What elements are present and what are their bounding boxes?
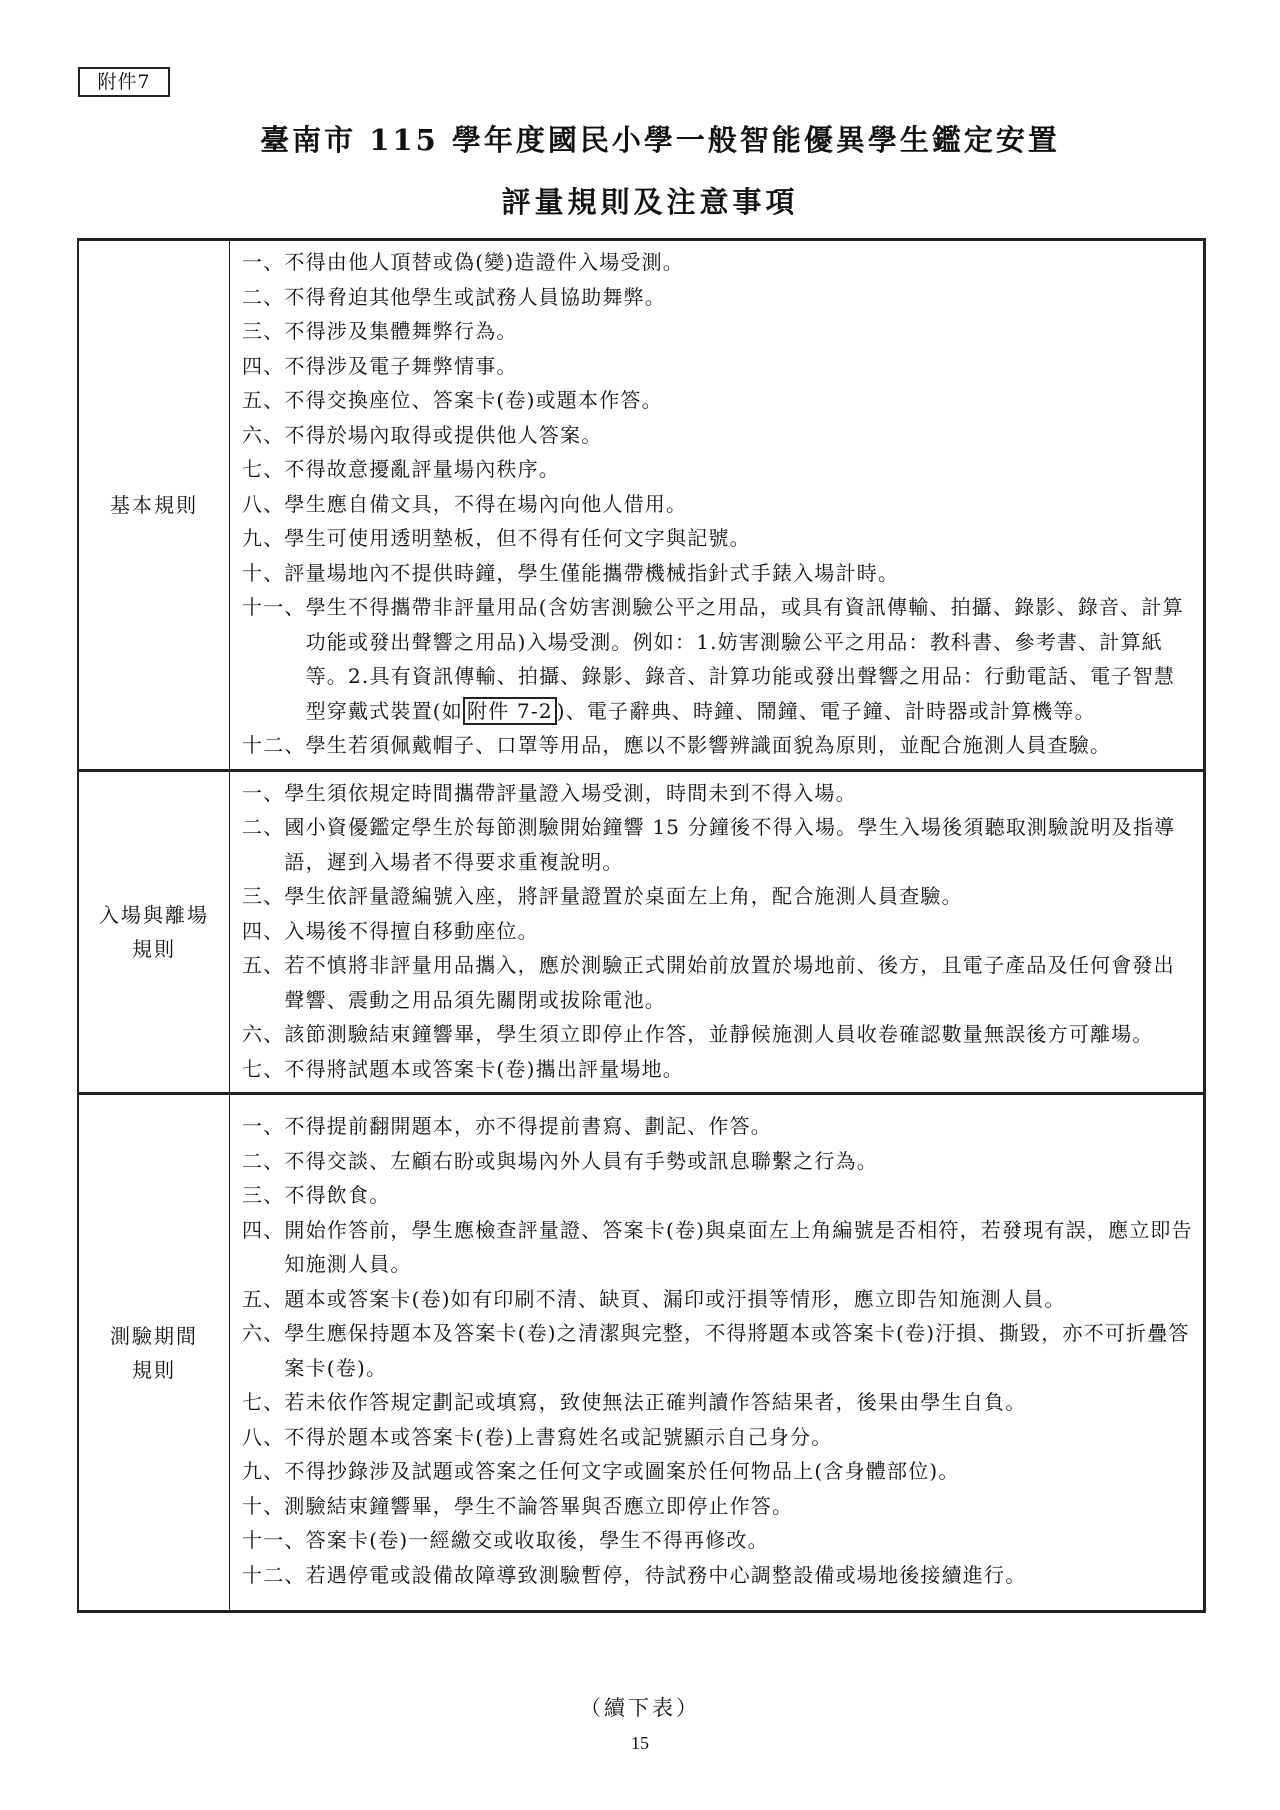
category-cell: 基本規則: [78, 240, 230, 771]
rule-item: 十一、答案卡(卷)一經繳交或收取後，學生不得再修改。: [242, 1523, 1195, 1558]
rule-item: 一、不得提前翻開題本，亦不得提前書寫、劃記、作答。: [242, 1109, 1195, 1144]
continue-note: （續下表）: [0, 1692, 1280, 1722]
rule-item: 一、不得由他人頂替或偽(變)造證件入場受測。: [242, 245, 1195, 280]
rule-item: 十、測驗結束鐘響畢，學生不論答畢與否應立即停止作答。: [242, 1489, 1195, 1524]
rule-item: 二、不得脅迫其他學生或試務人員協助舞弊。: [242, 280, 1195, 315]
rule-item: 二、不得交談、左顧右盼或與場內外人員有手勢或訊息聯繫之行為。: [242, 1144, 1195, 1179]
page-number: 15: [0, 1733, 1280, 1754]
section-basic-rules: 基本規則 一、不得由他人頂替或偽(變)造證件入場受測。 二、不得脅迫其他學生或試…: [78, 240, 1205, 771]
rule-item: 九、學生可使用透明墊板，但不得有任何文字與記號。: [242, 521, 1195, 556]
document-title: 臺南市 115 學年度國民小學一般智能優異學生鑑定安置: [0, 118, 1280, 159]
rules-list: 一、不得由他人頂替或偽(變)造證件入場受測。 二、不得脅迫其他學生或試務人員協助…: [230, 240, 1205, 771]
rule-item: 八、不得於題本或答案卡(卷)上書寫姓名或記號顯示自己身分。: [242, 1420, 1195, 1455]
rule-item: 十二、若遇停電或設備故障導致測驗暫停，待試務中心調整設備或場地後接續進行。: [242, 1558, 1195, 1593]
rule-item: 五、題本或答案卡(卷)如有印刷不清、缺頁、漏印或汙損等情形，應立即告知施測人員。: [242, 1282, 1195, 1317]
category-label-line: 測驗期間: [79, 1319, 229, 1353]
rule-item: 三、學生依評量證編號入座，將評量證置於桌面左上角，配合施測人員查驗。: [242, 879, 1195, 914]
category-label-line: 規則: [79, 1353, 229, 1387]
rule-item: 五、不得交換座位、答案卡(卷)或題本作答。: [242, 383, 1195, 418]
rules-list: 一、不得提前翻開題本，亦不得提前書寫、劃記、作答。 二、不得交談、左顧右盼或與場…: [230, 1094, 1205, 1612]
rule-item: 三、不得飲食。: [242, 1178, 1195, 1213]
rule-item: 七、不得故意擾亂評量場內秩序。: [242, 452, 1195, 487]
category-label-line: 規則: [79, 932, 229, 966]
category-label: 基本規則: [110, 493, 198, 517]
attachment-reference-link[interactable]: 附件 7-2: [463, 697, 557, 725]
rule-item: 三、不得涉及集體舞弊行為。: [242, 314, 1195, 349]
category-cell: 測驗期間 規則: [78, 1094, 230, 1612]
rule-item: 六、學生應保持題本及答案卡(卷)之清潔與完整，不得將題本或答案卡(卷)汙損、撕毀…: [242, 1316, 1195, 1385]
rule-item: 四、開始作答前，學生應檢查評量證、答案卡(卷)與桌面左上角編號是否相符，若發現有…: [242, 1213, 1195, 1282]
rule-item: 四、入場後不得擅自移動座位。: [242, 914, 1195, 949]
rule-item: 十、評量場地內不提供時鐘，學生僅能攜帶機械指針式手錶入場計時。: [242, 556, 1195, 591]
rule-item: 七、不得將試題本或答案卡(卷)攜出評量場地。: [242, 1052, 1195, 1087]
rule-item: 八、學生應自備文具，不得在場內向他人借用。: [242, 487, 1195, 522]
rules-table: 基本規則 一、不得由他人頂替或偽(變)造證件入場受測。 二、不得脅迫其他學生或試…: [77, 238, 1206, 1613]
rule-item: 七、若未依作答規定劃記或填寫，致使無法正確判讀作答結果者，後果由學生自負。: [242, 1385, 1195, 1420]
rule-item: 十二、學生若須佩戴帽子、口罩等用品，應以不影響辨識面貌為原則，並配合施測人員查驗…: [242, 728, 1195, 763]
rule-item: 六、不得於場內取得或提供他人答案。: [242, 418, 1195, 453]
rule-item: 一、學生須依規定時間攜帶評量證入場受測，時間未到不得入場。: [242, 776, 1195, 811]
attachment-label: 附件7: [78, 67, 170, 97]
rule-item: 四、不得涉及電子舞弊情事。: [242, 349, 1195, 384]
category-cell: 入場與離場 規則: [78, 770, 230, 1094]
document-subtitle: 評量規則及注意事項: [0, 180, 1280, 221]
section-entry-exit-rules: 入場與離場 規則 一、學生須依規定時間攜帶評量證入場受測，時間未到不得入場。 二…: [78, 770, 1205, 1094]
rule-item: 十一、學生不得攜帶非評量用品(含妨害測驗公平之用品，或具有資訊傳輸、拍攝、錄影、…: [242, 590, 1195, 728]
rule-item: 六、該節測驗結束鐘響畢，學生須立即停止作答，並靜候施測人員收卷確認數量無誤後方可…: [242, 1017, 1195, 1052]
rules-list: 一、學生須依規定時間攜帶評量證入場受測，時間未到不得入場。 二、國小資優鑑定學生…: [230, 770, 1205, 1094]
rule-item: 二、國小資優鑑定學生於每節測驗開始鐘響 15 分鐘後不得入場。學生入場後須聽取測…: [242, 810, 1195, 879]
rule-item: 九、不得抄錄涉及試題或答案之任何文字或圖案於任何物品上(含身體部位)。: [242, 1454, 1195, 1489]
section-exam-period-rules: 測驗期間 規則 一、不得提前翻開題本，亦不得提前書寫、劃記、作答。 二、不得交談…: [78, 1094, 1205, 1612]
rule-item: 五、若不慎將非評量用品攜入，應於測驗正式開始前放置於場地前、後方，且電子產品及任…: [242, 948, 1195, 1017]
category-label-line: 入場與離場: [79, 898, 229, 932]
